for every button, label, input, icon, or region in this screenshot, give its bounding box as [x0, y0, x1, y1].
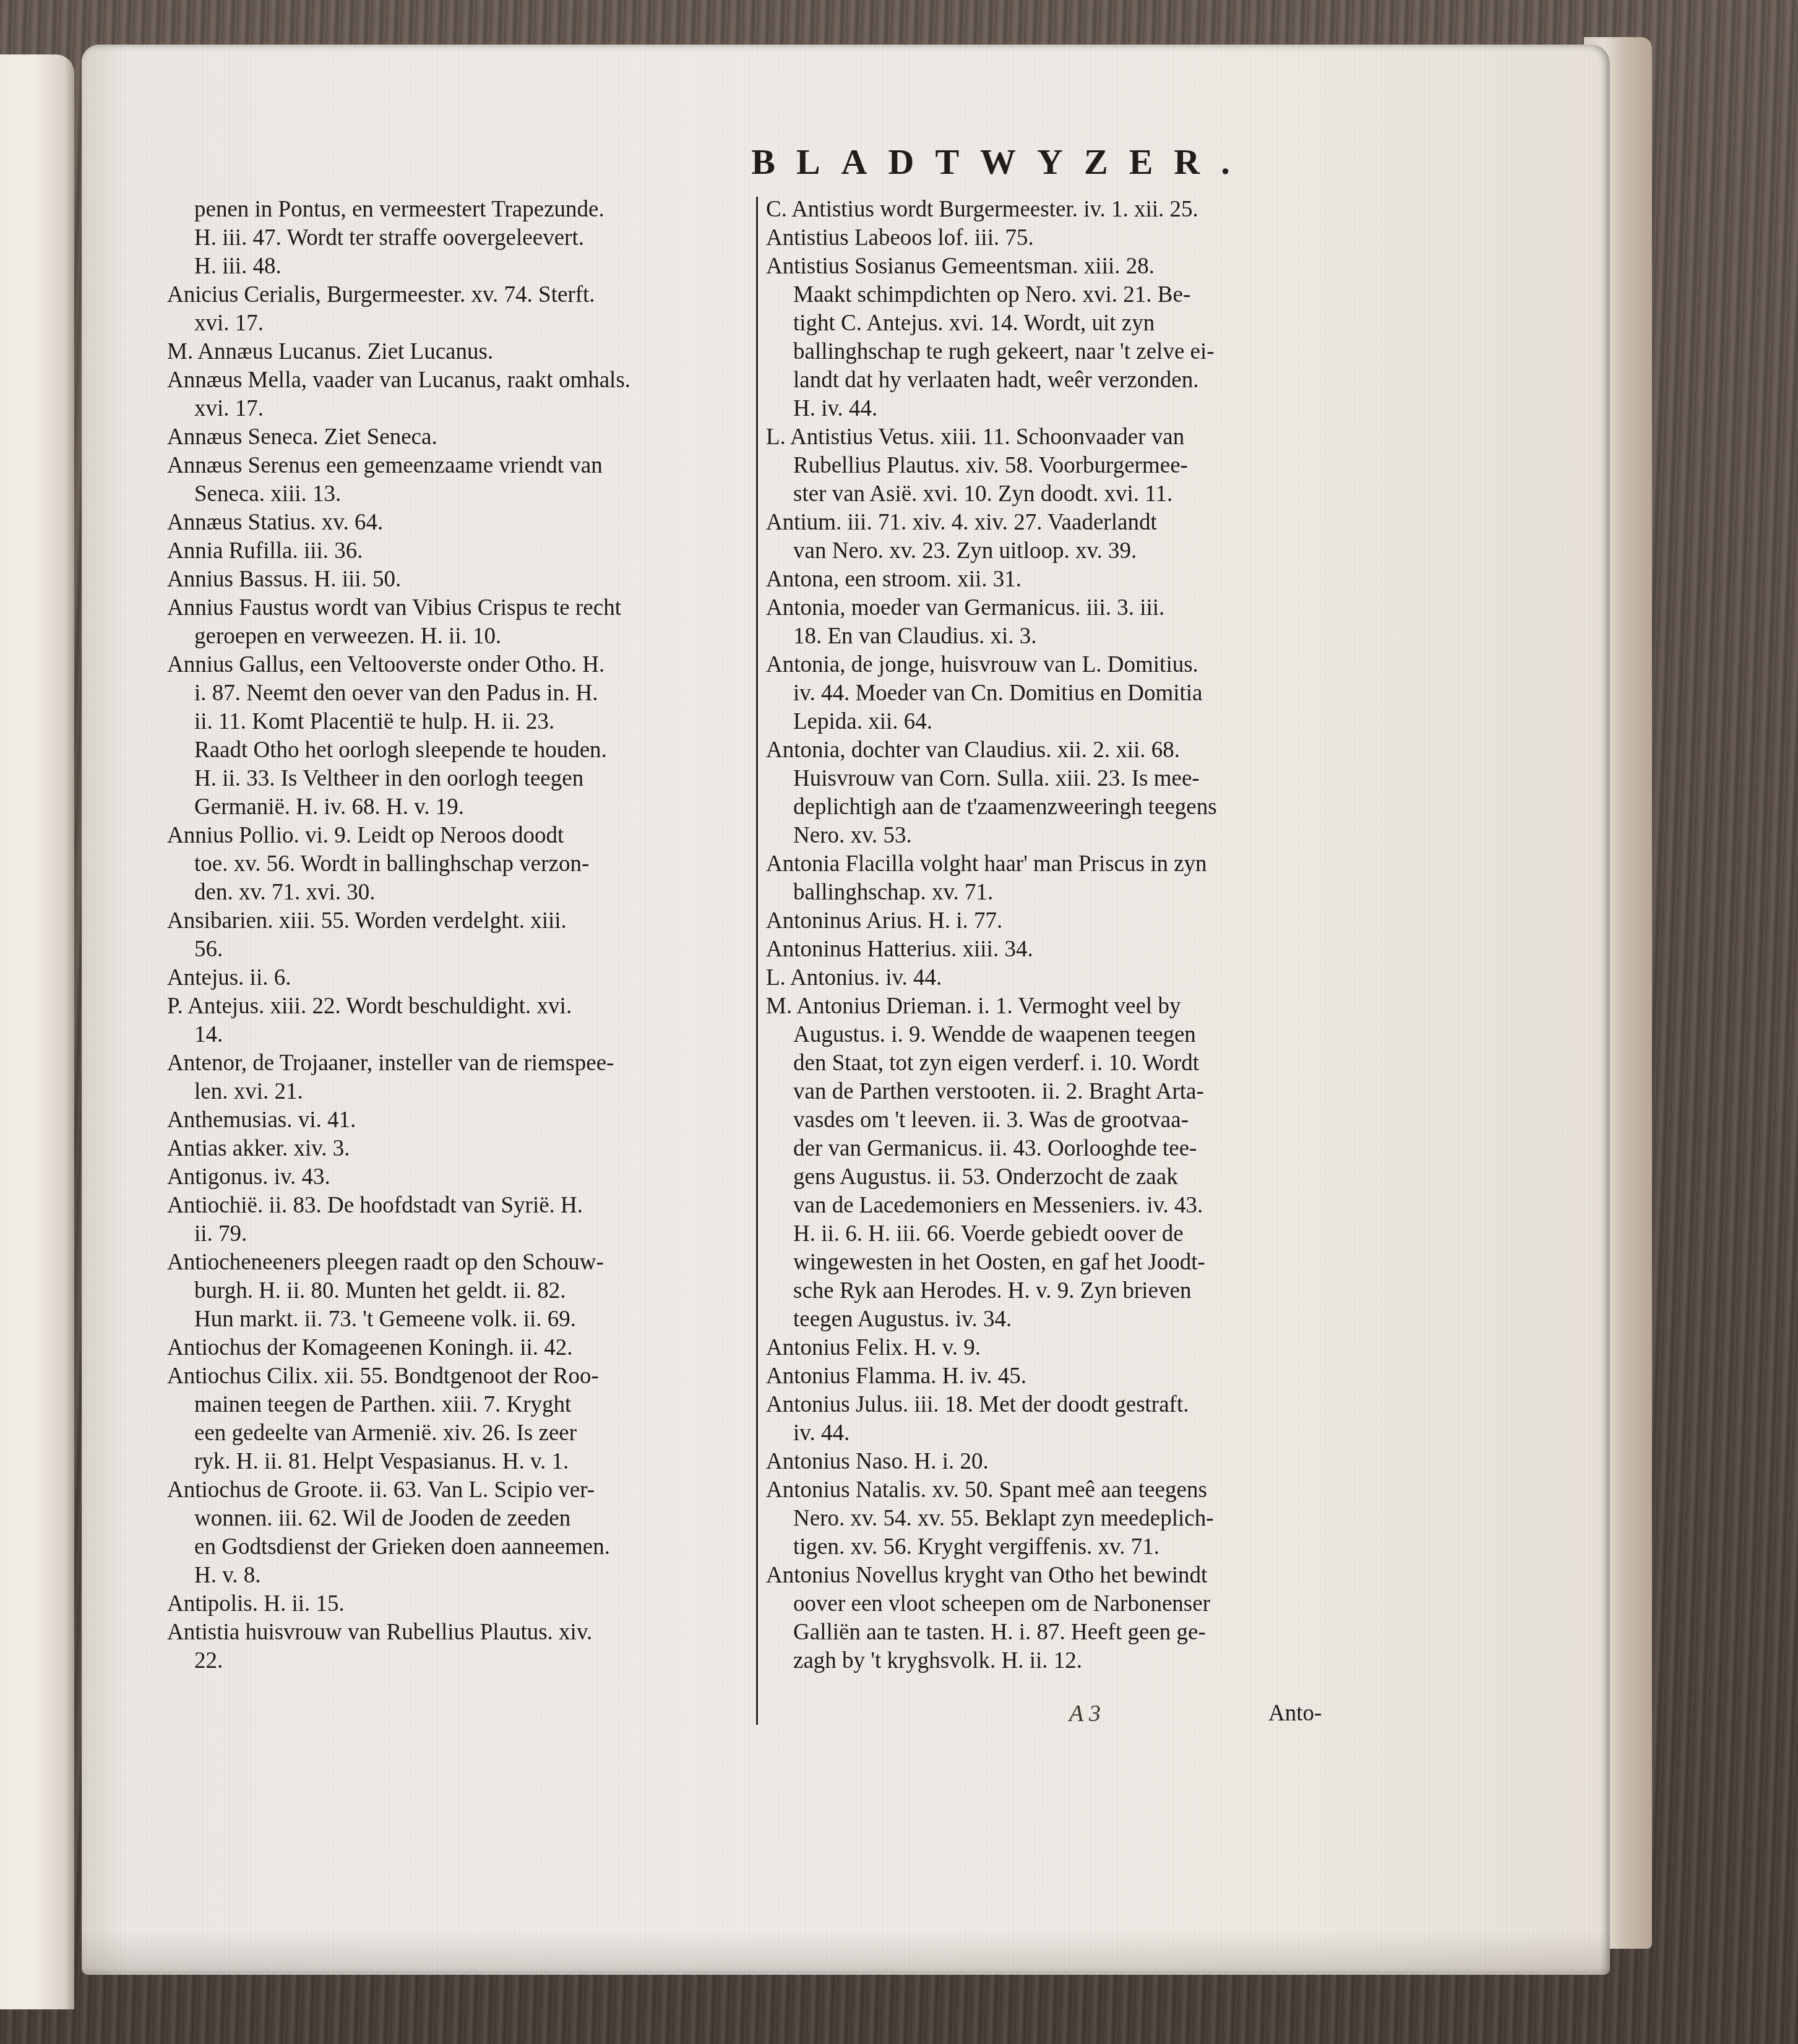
index-entry-continuation: wingewesten in het Oosten, en gaf het Jo… — [766, 1248, 1360, 1277]
column-divider — [756, 197, 758, 1725]
page-header: BLADTWYZER. — [0, 141, 1798, 182]
index-entry-continuation: H. ii. 6. H. iii. 66. Voerde gebiedt oov… — [766, 1220, 1360, 1248]
index-entry-continuation: een gedeelte van Armenië. xiv. 26. Is ze… — [167, 1419, 755, 1448]
index-entry: Antiocheneeners pleegen raadt op den Sch… — [167, 1248, 755, 1277]
index-entry: Annius Faustus wordt van Vibius Crispus … — [167, 594, 755, 622]
index-entry-continuation: ballinghschap. xv. 71. — [766, 878, 1360, 907]
index-entry: Antonius Julus. iii. 18. Met der doodt g… — [766, 1391, 1360, 1419]
index-entry-continuation: gens Augustus. ii. 53. Onderzocht de zaa… — [766, 1163, 1360, 1192]
index-entry-continuation: H. ii. 33. Is Veltheer in den oorlogh te… — [167, 765, 755, 793]
index-entry-continuation: Seneca. xiii. 13. — [167, 480, 755, 509]
index-entry-continuation: Nero. xv. 53. — [766, 822, 1360, 850]
index-entry-continuation: geroepen en verweezen. H. ii. 10. — [167, 622, 755, 651]
index-column-left: penen in Pontus, en vermeestert Trapezun… — [167, 195, 755, 1675]
index-entry-continuation: 22. — [167, 1647, 755, 1675]
index-entry-continuation: vasdes om 't leeven. ii. 3. Was de groot… — [766, 1106, 1360, 1135]
index-entry: L. Antonius. iv. 44. — [766, 964, 1360, 992]
index-entry-continuation: zagh by 't kryghsvolk. H. ii. 12. — [766, 1647, 1360, 1675]
index-entry-continuation: H. iii. 47. Wordt ter straffe oovergelee… — [167, 224, 755, 252]
index-entry-continuation: den Staat, tot zyn eigen verderf. i. 10.… — [766, 1049, 1360, 1078]
index-entry: M. Annæus Lucanus. Ziet Lucanus. — [167, 338, 755, 366]
index-entry-continuation: H. iii. 48. — [167, 252, 755, 281]
index-entry: Annæus Statius. xv. 64. — [167, 509, 755, 537]
index-entry: Antonia, moeder van Germanicus. iii. 3. … — [766, 594, 1360, 622]
index-entry-continuation: landt dat hy verlaaten hadt, weêr verzon… — [766, 366, 1360, 395]
index-entry: Annius Gallus, een Veltooverste onder Ot… — [167, 651, 755, 679]
index-entry-continuation: tigen. xv. 56. Kryght vergiffenis. xv. 7… — [766, 1533, 1360, 1561]
index-entry-continuation: 18. En van Claudius. xi. 3. — [766, 622, 1360, 651]
index-entry: Antipolis. H. ii. 15. — [167, 1590, 755, 1618]
page-bottom-shadow — [82, 1930, 1610, 1973]
index-entry-continuation: oover een vloot scheepen om de Narbonens… — [766, 1590, 1360, 1618]
index-entry-continuation: Rubellius Plautus. xiv. 58. Voorburgerme… — [766, 452, 1360, 480]
facing-page-edge — [0, 54, 74, 2009]
index-entry: Annæus Seneca. Ziet Seneca. — [167, 423, 755, 452]
index-entry: Anicius Cerialis, Burgermeester. xv. 74.… — [167, 281, 755, 309]
index-entry: Antona, een stroom. xii. 31. — [766, 565, 1360, 594]
index-entry-continuation: Augustus. i. 9. Wendde de waapenen teege… — [766, 1021, 1360, 1049]
index-entry: Antoninus Hatterius. xiii. 34. — [766, 935, 1360, 964]
index-entry: Anthemusias. vi. 41. — [167, 1106, 755, 1135]
index-entry-continuation: penen in Pontus, en vermeestert Trapezun… — [167, 195, 755, 224]
index-entry-continuation: van de Lacedemoniers en Messeniers. iv. … — [766, 1192, 1360, 1220]
index-entry-continuation: tight C. Antejus. xvi. 14. Wordt, uit zy… — [766, 309, 1360, 338]
index-entry: Antonius Naso. H. i. 20. — [766, 1448, 1360, 1476]
index-entry: Annæus Mella, vaader van Lucanus, raakt … — [167, 366, 755, 395]
index-entry-continuation: teegen Augustus. iv. 34. — [766, 1305, 1360, 1334]
index-entry-continuation: iv. 44. Moeder van Cn. Domitius en Domit… — [766, 679, 1360, 708]
index-entry: L. Antistius Vetus. xiii. 11. Schoonvaad… — [766, 423, 1360, 452]
index-entry: Antonius Felix. H. v. 9. — [766, 1334, 1360, 1362]
index-entry: Annius Bassus. H. iii. 50. — [167, 565, 755, 594]
index-entry: Antonius Novellus kryght van Otho het be… — [766, 1561, 1360, 1590]
index-entry: Antonia Flacilla volght haar' man Priscu… — [766, 850, 1360, 878]
signature-mark: A 3 — [1069, 1700, 1101, 1727]
index-entry-continuation: wonnen. iii. 62. Wil de Jooden de zeeden — [167, 1505, 755, 1533]
index-entry-continuation: Galliën aan te tasten. H. i. 87. Heeft g… — [766, 1618, 1360, 1647]
index-entry-continuation: xvi. 17. — [167, 309, 755, 338]
index-entry: Antejus. ii. 6. — [167, 964, 755, 992]
index-entry-continuation: Hun markt. ii. 73. 't Gemeene volk. ii. … — [167, 1305, 755, 1334]
index-entry: Antiochië. ii. 83. De hoofdstadt van Syr… — [167, 1192, 755, 1220]
index-entry: Ansibarien. xiii. 55. Worden verdelght. … — [167, 907, 755, 935]
index-entry: Annia Rufilla. iii. 36. — [167, 537, 755, 565]
index-entry: Antistius Sosianus Gemeentsman. xiii. 28… — [766, 252, 1360, 281]
index-entry-continuation: ii. 79. — [167, 1220, 755, 1248]
index-entry-continuation: i. 87. Neemt den oever van den Padus in.… — [167, 679, 755, 708]
index-entry: Antistia huisvrouw van Rubellius Plautus… — [167, 1618, 755, 1647]
index-entry-continuation: den. xv. 71. xvi. 30. — [167, 878, 755, 907]
index-entry-continuation: ryk. H. ii. 81. Helpt Vespasianus. H. v.… — [167, 1448, 755, 1476]
index-entry-continuation: len. xvi. 21. — [167, 1078, 755, 1106]
index-entry-continuation: der van Germanicus. ii. 43. Oorlooghde t… — [766, 1135, 1360, 1163]
index-entry-continuation: deplichtigh aan de t'zaamenzweeringh tee… — [766, 793, 1360, 822]
index-entry-continuation: sche Ryk aan Herodes. H. v. 9. Zyn briev… — [766, 1277, 1360, 1305]
index-entry: Antonius Natalis. xv. 50. Spant meê aan … — [766, 1476, 1360, 1505]
index-entry: Annæus Serenus een gemeenzaame vriendt v… — [167, 452, 755, 480]
index-entry-continuation: 14. — [167, 1021, 755, 1049]
index-entry-continuation: Germanië. H. iv. 68. H. v. 19. — [167, 793, 755, 822]
index-entry: Antiochus Cilix. xii. 55. Bondtgenoot de… — [167, 1362, 755, 1391]
index-entry-continuation: van de Parthen verstooten. ii. 2. Braght… — [766, 1078, 1360, 1106]
index-entry-continuation: Lepida. xii. 64. — [766, 708, 1360, 736]
index-entry-continuation: burgh. H. ii. 80. Munten het geldt. ii. … — [167, 1277, 755, 1305]
index-entry: Antistius Labeoos lof. iii. 75. — [766, 224, 1360, 252]
index-entry-continuation: Huisvrouw van Corn. Sulla. xiii. 23. Is … — [766, 765, 1360, 793]
index-entry-continuation: xvi. 17. — [167, 395, 755, 423]
index-entry: Annius Pollio. vi. 9. Leidt op Neroos do… — [167, 822, 755, 850]
index-entry-continuation: mainen teegen de Parthen. xiii. 7. Krygh… — [167, 1391, 755, 1419]
index-entry-continuation: ii. 11. Komt Placentië te hulp. H. ii. 2… — [167, 708, 755, 736]
index-entry-continuation: ster van Asië. xvi. 10. Zyn doodt. xvi. … — [766, 480, 1360, 509]
index-entry-continuation: van Nero. xv. 23. Zyn uitloop. xv. 39. — [766, 537, 1360, 565]
index-entry: Antonia, de jonge, huisvrouw van L. Domi… — [766, 651, 1360, 679]
index-entry-continuation: Raadt Otho het oorlogh sleepende te houd… — [167, 736, 755, 765]
index-entry: Antiochus der Komageenen Koningh. ii. 42… — [167, 1334, 755, 1362]
index-entry-continuation: en Godtsdienst der Grieken doen aanneeme… — [167, 1533, 755, 1561]
index-entry-continuation: Nero. xv. 54. xv. 55. Beklapt zyn meedep… — [766, 1505, 1360, 1533]
index-entry-continuation: H. v. 8. — [167, 1561, 755, 1590]
index-entry: P. Antejus. xiii. 22. Wordt beschuldight… — [167, 992, 755, 1021]
index-entry: Antonius Flamma. H. iv. 45. — [766, 1362, 1360, 1391]
index-entry: Antenor, de Trojaaner, insteller van de … — [167, 1049, 755, 1078]
index-column-right: C. Antistius wordt Burgermeester. iv. 1.… — [766, 195, 1360, 1675]
index-entry-continuation: ballinghschap te rugh gekeert, naar 't z… — [766, 338, 1360, 366]
index-entry-continuation: Maakt schimpdichten op Nero. xvi. 21. Be… — [766, 281, 1360, 309]
index-entry: Antoninus Arius. H. i. 77. — [766, 907, 1360, 935]
index-entry: Antiochus de Groote. ii. 63. Van L. Scip… — [167, 1476, 755, 1505]
index-entry: Antonia, dochter van Claudius. xii. 2. x… — [766, 736, 1360, 765]
index-entry: M. Antonius Drieman. i. 1. Vermoght veel… — [766, 992, 1360, 1021]
index-entry: Antias akker. xiv. 3. — [167, 1135, 755, 1163]
index-entry-continuation: toe. xv. 56. Wordt in ballinghschap verz… — [167, 850, 755, 878]
index-entry-continuation: iv. 44. — [766, 1419, 1360, 1448]
index-entry-continuation: H. iv. 44. — [766, 395, 1360, 423]
index-entry: C. Antistius wordt Burgermeester. iv. 1.… — [766, 195, 1360, 224]
catchword: Anto- — [1268, 1700, 1322, 1727]
index-entry: Antigonus. iv. 43. — [167, 1163, 755, 1192]
index-entry: Antium. iii. 71. xiv. 4. xiv. 27. Vaader… — [766, 509, 1360, 537]
index-entry-continuation: 56. — [167, 935, 755, 964]
